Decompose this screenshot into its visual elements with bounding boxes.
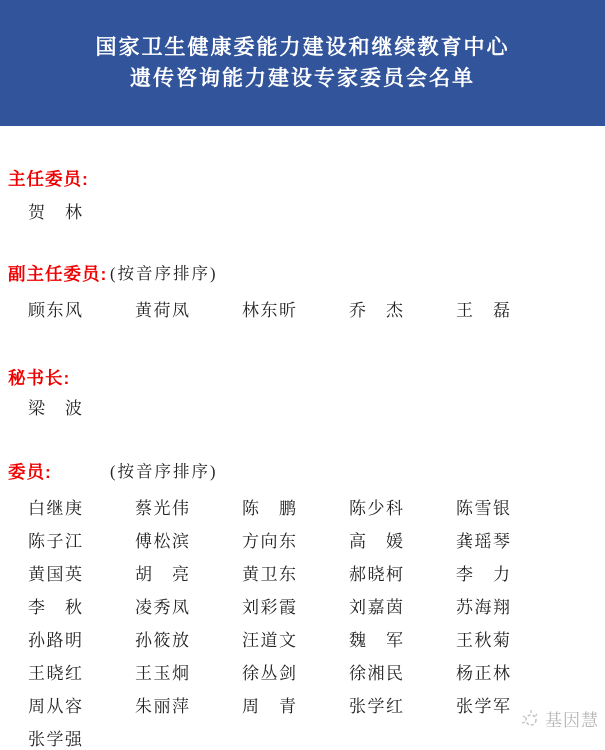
member-row: 李 秋 凌秀凤 刘彩霞 刘嘉茵 苏海翔 bbox=[0, 591, 605, 624]
member-name: 龚瑶琴 bbox=[456, 525, 559, 558]
watermark: 基因慧 bbox=[519, 706, 599, 731]
member-name: 朱丽萍 bbox=[135, 690, 238, 723]
member-name: 陈雪银 bbox=[456, 492, 559, 525]
sun-logo-icon bbox=[519, 708, 541, 730]
member-name: 张学强 bbox=[28, 723, 131, 750]
member-row: 白继庚 蔡光伟 陈 鹏 陈少科 陈雪银 bbox=[0, 492, 605, 525]
member-name: 梁 波 bbox=[28, 397, 131, 421]
member-name: 王秋菊 bbox=[456, 624, 559, 657]
member-name: 高 媛 bbox=[349, 525, 452, 558]
member-name: 张学红 bbox=[349, 690, 452, 723]
secretary-label: 秘书长: bbox=[8, 368, 70, 388]
member-name: 刘彩霞 bbox=[242, 591, 345, 624]
member-name: 林东昕 bbox=[242, 299, 345, 323]
member-name: 乔 杰 bbox=[349, 299, 452, 323]
member-name: 傅松滨 bbox=[135, 525, 238, 558]
member-name: 蔡光伟 bbox=[135, 492, 238, 525]
member-name: 黄卫东 bbox=[242, 558, 345, 591]
member-name: 周 青 bbox=[242, 690, 345, 723]
members-label: 委员: bbox=[8, 462, 52, 482]
member-name: 刘嘉茵 bbox=[349, 591, 452, 624]
member-name: 苏海翔 bbox=[456, 591, 559, 624]
member-name: 胡 亮 bbox=[135, 558, 238, 591]
member-name: 郝晓柯 bbox=[349, 558, 452, 591]
member-row: 王晓红 王玉炯 徐丛剑 徐湘民 杨正林 bbox=[0, 657, 605, 690]
member-name: 魏 军 bbox=[349, 624, 452, 657]
sort-note: (按音序排序) bbox=[110, 262, 218, 286]
watermark-text: 基因慧 bbox=[545, 706, 599, 731]
member-row: 黄国英 胡 亮 黄卫东 郝晓柯 李 力 bbox=[0, 558, 605, 591]
section-members: 委员: (按音序排序) bbox=[0, 460, 605, 484]
title-line-1: 国家卫生健康委能力建设和继续教育中心 bbox=[96, 32, 510, 63]
member-name: 徐湘民 bbox=[349, 657, 452, 690]
member-name: 王玉炯 bbox=[135, 657, 238, 690]
member-name: 凌秀凤 bbox=[135, 591, 238, 624]
member-name: 周从容 bbox=[28, 690, 131, 723]
section-secretary: 秘书长: bbox=[0, 366, 605, 390]
member-name: 王 磊 bbox=[456, 299, 559, 323]
member-name: 徐丛剑 bbox=[242, 657, 345, 690]
members-grid: 白继庚 蔡光伟 陈 鹏 陈少科 陈雪银 陈子江 傅松滨 方向东 高 媛 龚瑶琴 … bbox=[0, 492, 605, 750]
member-row: 周从容 朱丽萍 周 青 张学红 张学军 bbox=[0, 690, 605, 723]
section-vice-chair: 副主任委员: (按音序排序) bbox=[0, 262, 605, 286]
member-name: 方向东 bbox=[242, 525, 345, 558]
member-name: 黄国英 bbox=[28, 558, 131, 591]
member-name: 杨正林 bbox=[456, 657, 559, 690]
member-row: 张学强 bbox=[0, 723, 605, 750]
sort-note: (按音序排序) bbox=[110, 460, 218, 484]
title-banner: 国家卫生健康委能力建设和继续教育中心 遗传咨询能力建设专家委员会名单 bbox=[0, 0, 605, 126]
member-name: 陈子江 bbox=[28, 525, 131, 558]
member-name: 汪道文 bbox=[242, 624, 345, 657]
member-row: 陈子江 傅松滨 方向东 高 媛 龚瑶琴 bbox=[0, 525, 605, 558]
secretary-names-row: 梁 波 bbox=[0, 397, 605, 421]
member-name: 黄荷凤 bbox=[135, 299, 238, 323]
member-name: 孙筱放 bbox=[135, 624, 238, 657]
member-name: 贺 林 bbox=[28, 201, 131, 225]
vice-chair-label: 副主任委员: bbox=[8, 264, 107, 284]
member-name: 顾东风 bbox=[28, 299, 131, 323]
member-name: 陈少科 bbox=[349, 492, 452, 525]
member-name: 陈 鹏 bbox=[242, 492, 345, 525]
member-name: 王晓红 bbox=[28, 657, 131, 690]
chair-names-row: 贺 林 bbox=[0, 201, 605, 225]
member-name: 李 秋 bbox=[28, 591, 131, 624]
member-name: 孙路明 bbox=[28, 624, 131, 657]
vice-chair-names-row: 顾东风 黄荷凤 林东昕 乔 杰 王 磊 bbox=[0, 299, 605, 323]
member-name: 李 力 bbox=[456, 558, 559, 591]
member-name: 白继庚 bbox=[28, 492, 131, 525]
section-chair: 主任委员: bbox=[0, 167, 605, 191]
chair-label: 主任委员: bbox=[8, 169, 89, 189]
title-line-2: 遗传咨询能力建设专家委员会名单 bbox=[130, 63, 475, 94]
member-row: 孙路明 孙筱放 汪道文 魏 军 王秋菊 bbox=[0, 624, 605, 657]
